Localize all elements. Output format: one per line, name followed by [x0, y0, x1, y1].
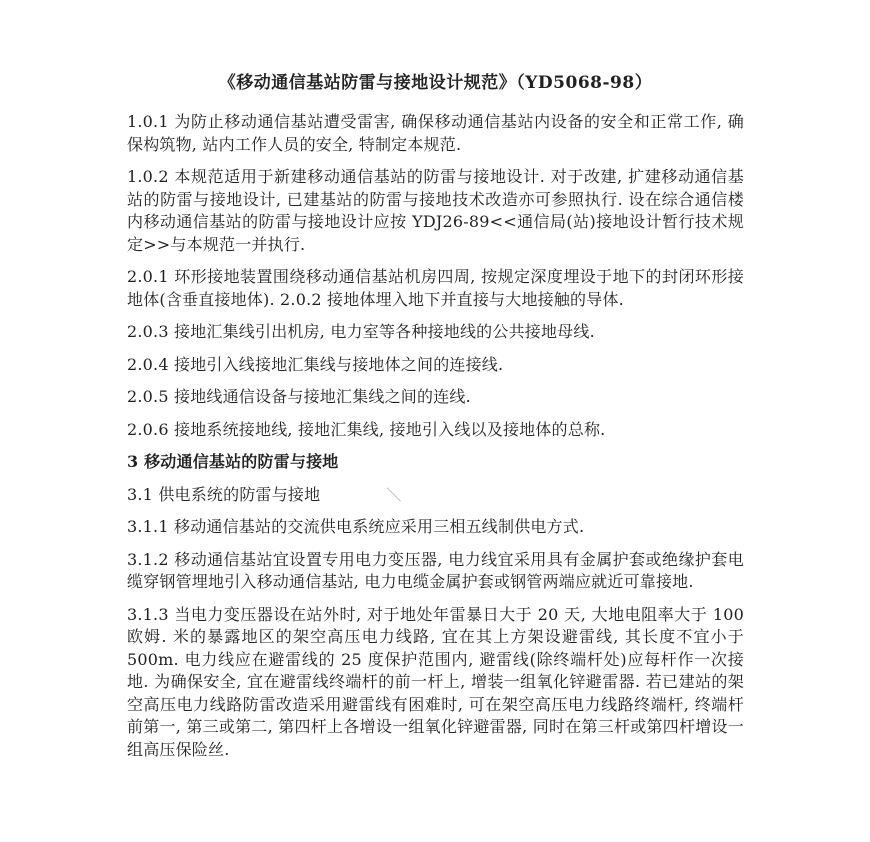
clause-1-0-1: 1.0.1 为防止移动通信基站遭受雷害, 确保移动通信基站内设备的安全和正常工作… [127, 111, 744, 156]
stray-pen-mark: ＼ [386, 484, 401, 507]
document-title: 《移动通信基站防雷与接地设计规范》（YD5068-98） [127, 73, 744, 93]
subsection-3-1-heading: 3.1 供电系统的防雷与接地＼ [127, 484, 744, 507]
clause-2-0-4: 2.0.4 接地引入线接地汇集线与接地体之间的连接线. [127, 354, 744, 377]
clause-2-0-1-and-2-0-2: 2.0.1 环形接地装置围绕移动通信基站机房四周, 按规定深度埋设于地下的封闭环… [127, 266, 744, 311]
clause-2-0-3: 2.0.3 接地汇集线引出机房, 电力室等各种接地线的公共接地母线. [127, 321, 744, 344]
clause-3-1-1: 3.1.1 移动通信基站的交流供电系统应采用三相五线制供电方式. [127, 516, 744, 539]
chapter-3-heading: 3 移动通信基站的防雷与接地 [127, 451, 744, 474]
clause-2-0-5: 2.0.5 接地线通信设备与接地汇集线之间的连线. [127, 386, 744, 409]
subsection-3-1-label: 3.1 供电系统的防雷与接地 [127, 485, 320, 504]
clause-3-1-2: 3.1.2 移动通信基站宜设置专用电力变压器, 电力线宜采用具有金属护套或绝缘护… [127, 549, 744, 594]
clause-1-0-2: 1.0.2 本规范适用于新建移动通信基站的防雷与接地设计. 对于改建, 扩建移动… [127, 166, 744, 256]
clause-2-0-6: 2.0.6 接地系统接地线, 接地汇集线, 接地引入线以及接地体的总称. [127, 419, 744, 442]
document-page: 《移动通信基站防雷与接地设计规范》（YD5068-98） 1.0.1 为防止移动… [0, 0, 870, 842]
clause-3-1-3: 3.1.3 当电力变压器设在站外时, 对于地处年雷暴日大于 20 天, 大地电阻… [127, 604, 744, 762]
